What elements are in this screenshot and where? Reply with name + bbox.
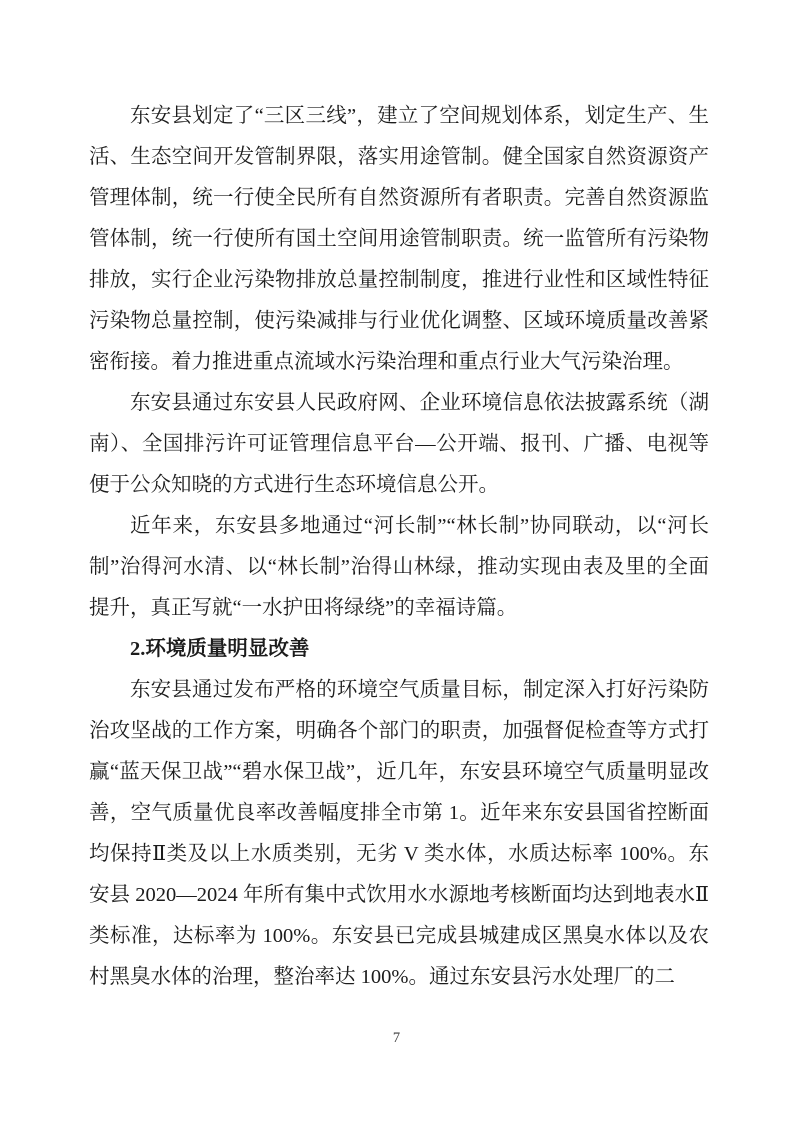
paragraph: 东安县划定了“三区三线”，建立了空间规划体系，划定生产、生活、生态空间开发管制界… <box>89 96 709 383</box>
document-body: 东安县划定了“三区三线”，建立了空间规划体系，划定生产、生活、生态空间开发管制界… <box>89 96 709 998</box>
document-page: 东安县划定了“三区三线”，建立了空间规划体系，划定生产、生活、生态空间开发管制界… <box>0 0 793 1122</box>
paragraph: 近年来，东安县多地通过“河长制”“林长制”协同联动，以“河长制”治得河水清、以“… <box>89 506 709 629</box>
page-number: 7 <box>0 1028 793 1048</box>
paragraph: 东安县通过发布严格的环境空气质量目标，制定深入打好污染防治攻坚战的工作方案，明确… <box>89 670 709 998</box>
section-heading: 2.环境质量明显改善 <box>89 629 709 670</box>
paragraph: 东安县通过东安县人民政府网、企业环境信息依法披露系统（湖南）、全国排污许可证管理… <box>89 383 709 506</box>
